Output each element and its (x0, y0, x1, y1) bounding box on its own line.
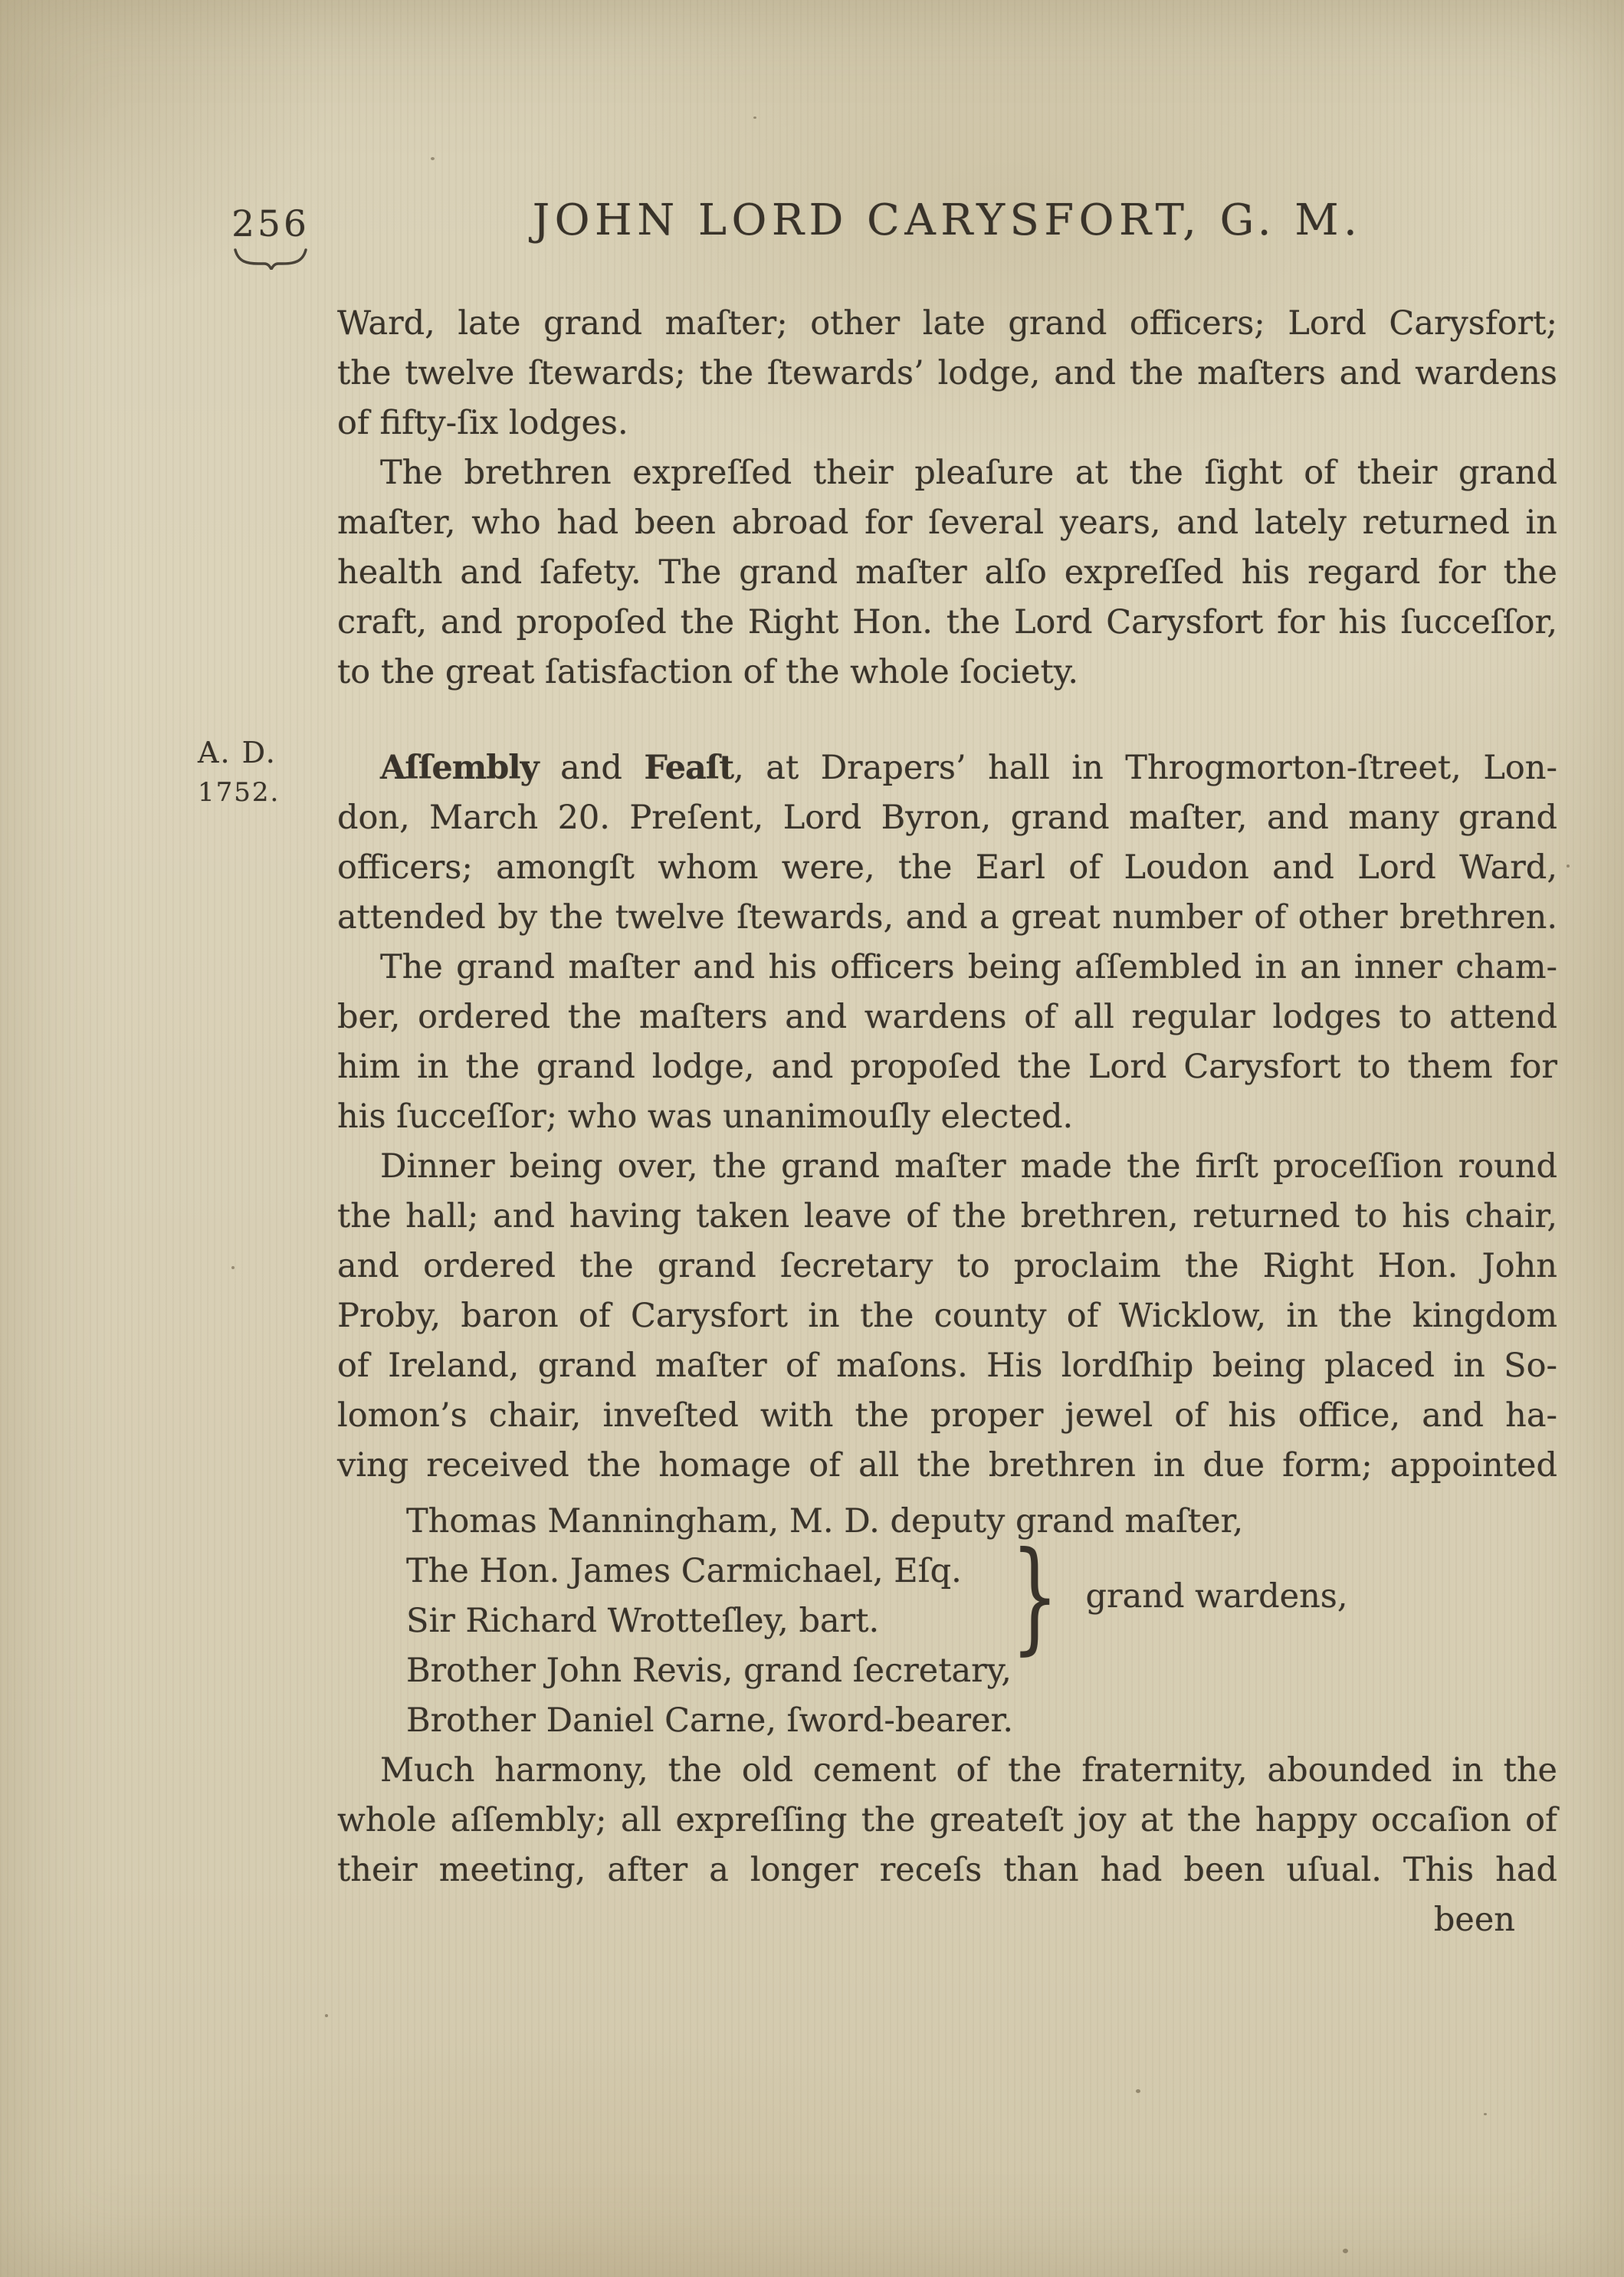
paragraph-grand-master: The grand maſter and his officers being … (337, 943, 1557, 1142)
text-line: attended by the twelve ſtewards, and a g… (337, 893, 1557, 943)
paper-speck (431, 157, 435, 160)
text-line: The brethren expreſſed their pleaſure at… (337, 448, 1557, 498)
paragraph-assembly-feast: Aſſembly and Feaſt, at Drapers’ hall in … (337, 743, 1557, 943)
text-line: whole aſſembly; all expreſſing the great… (337, 1796, 1557, 1846)
text-line: the hall; and having taken leave of the … (337, 1192, 1557, 1242)
text-line: Much harmony, the old cement of the frat… (337, 1746, 1557, 1796)
page-number-group: 256 (228, 205, 313, 270)
text-line: ving received the homage of all the bret… (337, 1441, 1557, 1491)
margin-note-year: 1752. (198, 777, 280, 808)
paper-speck (1343, 2249, 1348, 2253)
paper-speck (1136, 2089, 1140, 2093)
text-block: Ward, late grand maſter; other late gran… (337, 299, 1557, 1945)
paragraph-continued: Ward, late grand maſter; other late gran… (337, 299, 1557, 448)
page-number: 256 (228, 205, 313, 244)
appointment-deputy: Thomas Manningham, M. D. deputy grand ma… (406, 1497, 1557, 1547)
text-line: health and ſafety. The grand maſter alſo… (337, 548, 1557, 598)
text-line: of fifty-ſix lodges. (337, 399, 1557, 448)
text-line: the twelve ſtewards; the ſtewards’ lodge… (337, 349, 1557, 399)
text-line: Aſſembly and Feaſt, at Drapers’ hall in … (337, 743, 1557, 793)
text-line: lomon’s chair, inveſted with the proper … (337, 1391, 1557, 1441)
appointment-sword-bearer: Brother Daniel Carne, ſword-bearer. (406, 1696, 1557, 1746)
paper-speck (1484, 2113, 1487, 2115)
text-line: ber, ordered the maſters and wardens of … (337, 992, 1557, 1042)
text-line: officers; amongſt whom were, the Earl of… (337, 843, 1557, 893)
catchword: been (1434, 1901, 1515, 1939)
paper-speck (325, 2014, 328, 2017)
text-line: him in the grand lodge, and propoſed the… (337, 1042, 1557, 1092)
catchword-row: been (337, 1895, 1557, 1945)
blackletter-word: Feaſt (644, 749, 733, 787)
text-line: craft, and propoſed the Right Hon. the L… (337, 598, 1557, 648)
paper-speck (753, 116, 756, 119)
margin-note-ad: A. D. (198, 736, 277, 769)
paragraph-brethren: The brethren expreſſed their pleaſure at… (337, 448, 1557, 697)
right-curly-brace: } (1011, 1547, 1058, 1646)
paragraph-dinner: Dinner being over, the grand maſter made… (337, 1142, 1557, 1491)
warden-names: The Hon. James Carmichael, Eſq. Sir Rich… (406, 1547, 996, 1646)
text-line: of Ireland, grand maſter of maſons. His … (337, 1341, 1557, 1391)
text-line: his ſucceſſor; who was unanimouſly elect… (337, 1092, 1557, 1142)
appointment-warden-1: The Hon. James Carmichael, Eſq. (406, 1547, 996, 1596)
grand-wardens-label: grand wardens, (1086, 1572, 1348, 1622)
text-line: Proby, baron of Carysfort in the county … (337, 1291, 1557, 1341)
grand-wardens-group: The Hon. James Carmichael, Eſq. Sir Rich… (406, 1547, 1557, 1646)
text-line: Dinner being over, the grand maſter made… (337, 1142, 1557, 1192)
blackletter-word: Aſſembly (380, 749, 539, 787)
text-line: and ordered the grand ſecretary to procl… (337, 1242, 1557, 1291)
text-segment: and (539, 749, 645, 787)
text-line: Ward, late grand maſter; other late gran… (337, 299, 1557, 349)
appointment-warden-2: Sir Richard Wrotteſley, bart. (406, 1596, 996, 1646)
paper-speck (231, 1266, 235, 1269)
text-line: maſter, who had been abroad for ſeveral … (337, 498, 1557, 548)
running-header: JOHN LORD CARYSFORT, G. M. (337, 198, 1557, 244)
text-line: to the great ſatisfaction of the whole ſ… (337, 648, 1557, 697)
page-number-underbrace (232, 245, 309, 270)
text-line: don, March 20. Preſent, Lord Byron, gran… (337, 793, 1557, 843)
paragraph-harmony: Much harmony, the old cement of the frat… (337, 1746, 1557, 1895)
text-line: The grand maſter and his officers being … (337, 943, 1557, 992)
book-page-scan: 256 JOHN LORD CARYSFORT, G. M. A. D. 175… (0, 0, 1624, 2277)
appointments-list: Thomas Manningham, M. D. deputy grand ma… (337, 1497, 1557, 1746)
text-segment: , at Drapers’ hall in Throgmorton-ſtreet… (733, 749, 1557, 787)
text-line: their meeting, after a longer receſs tha… (337, 1846, 1557, 1895)
paper-speck (1567, 865, 1570, 868)
appointment-secretary: Brother John Revis, grand ſecretary, (406, 1646, 1557, 1696)
